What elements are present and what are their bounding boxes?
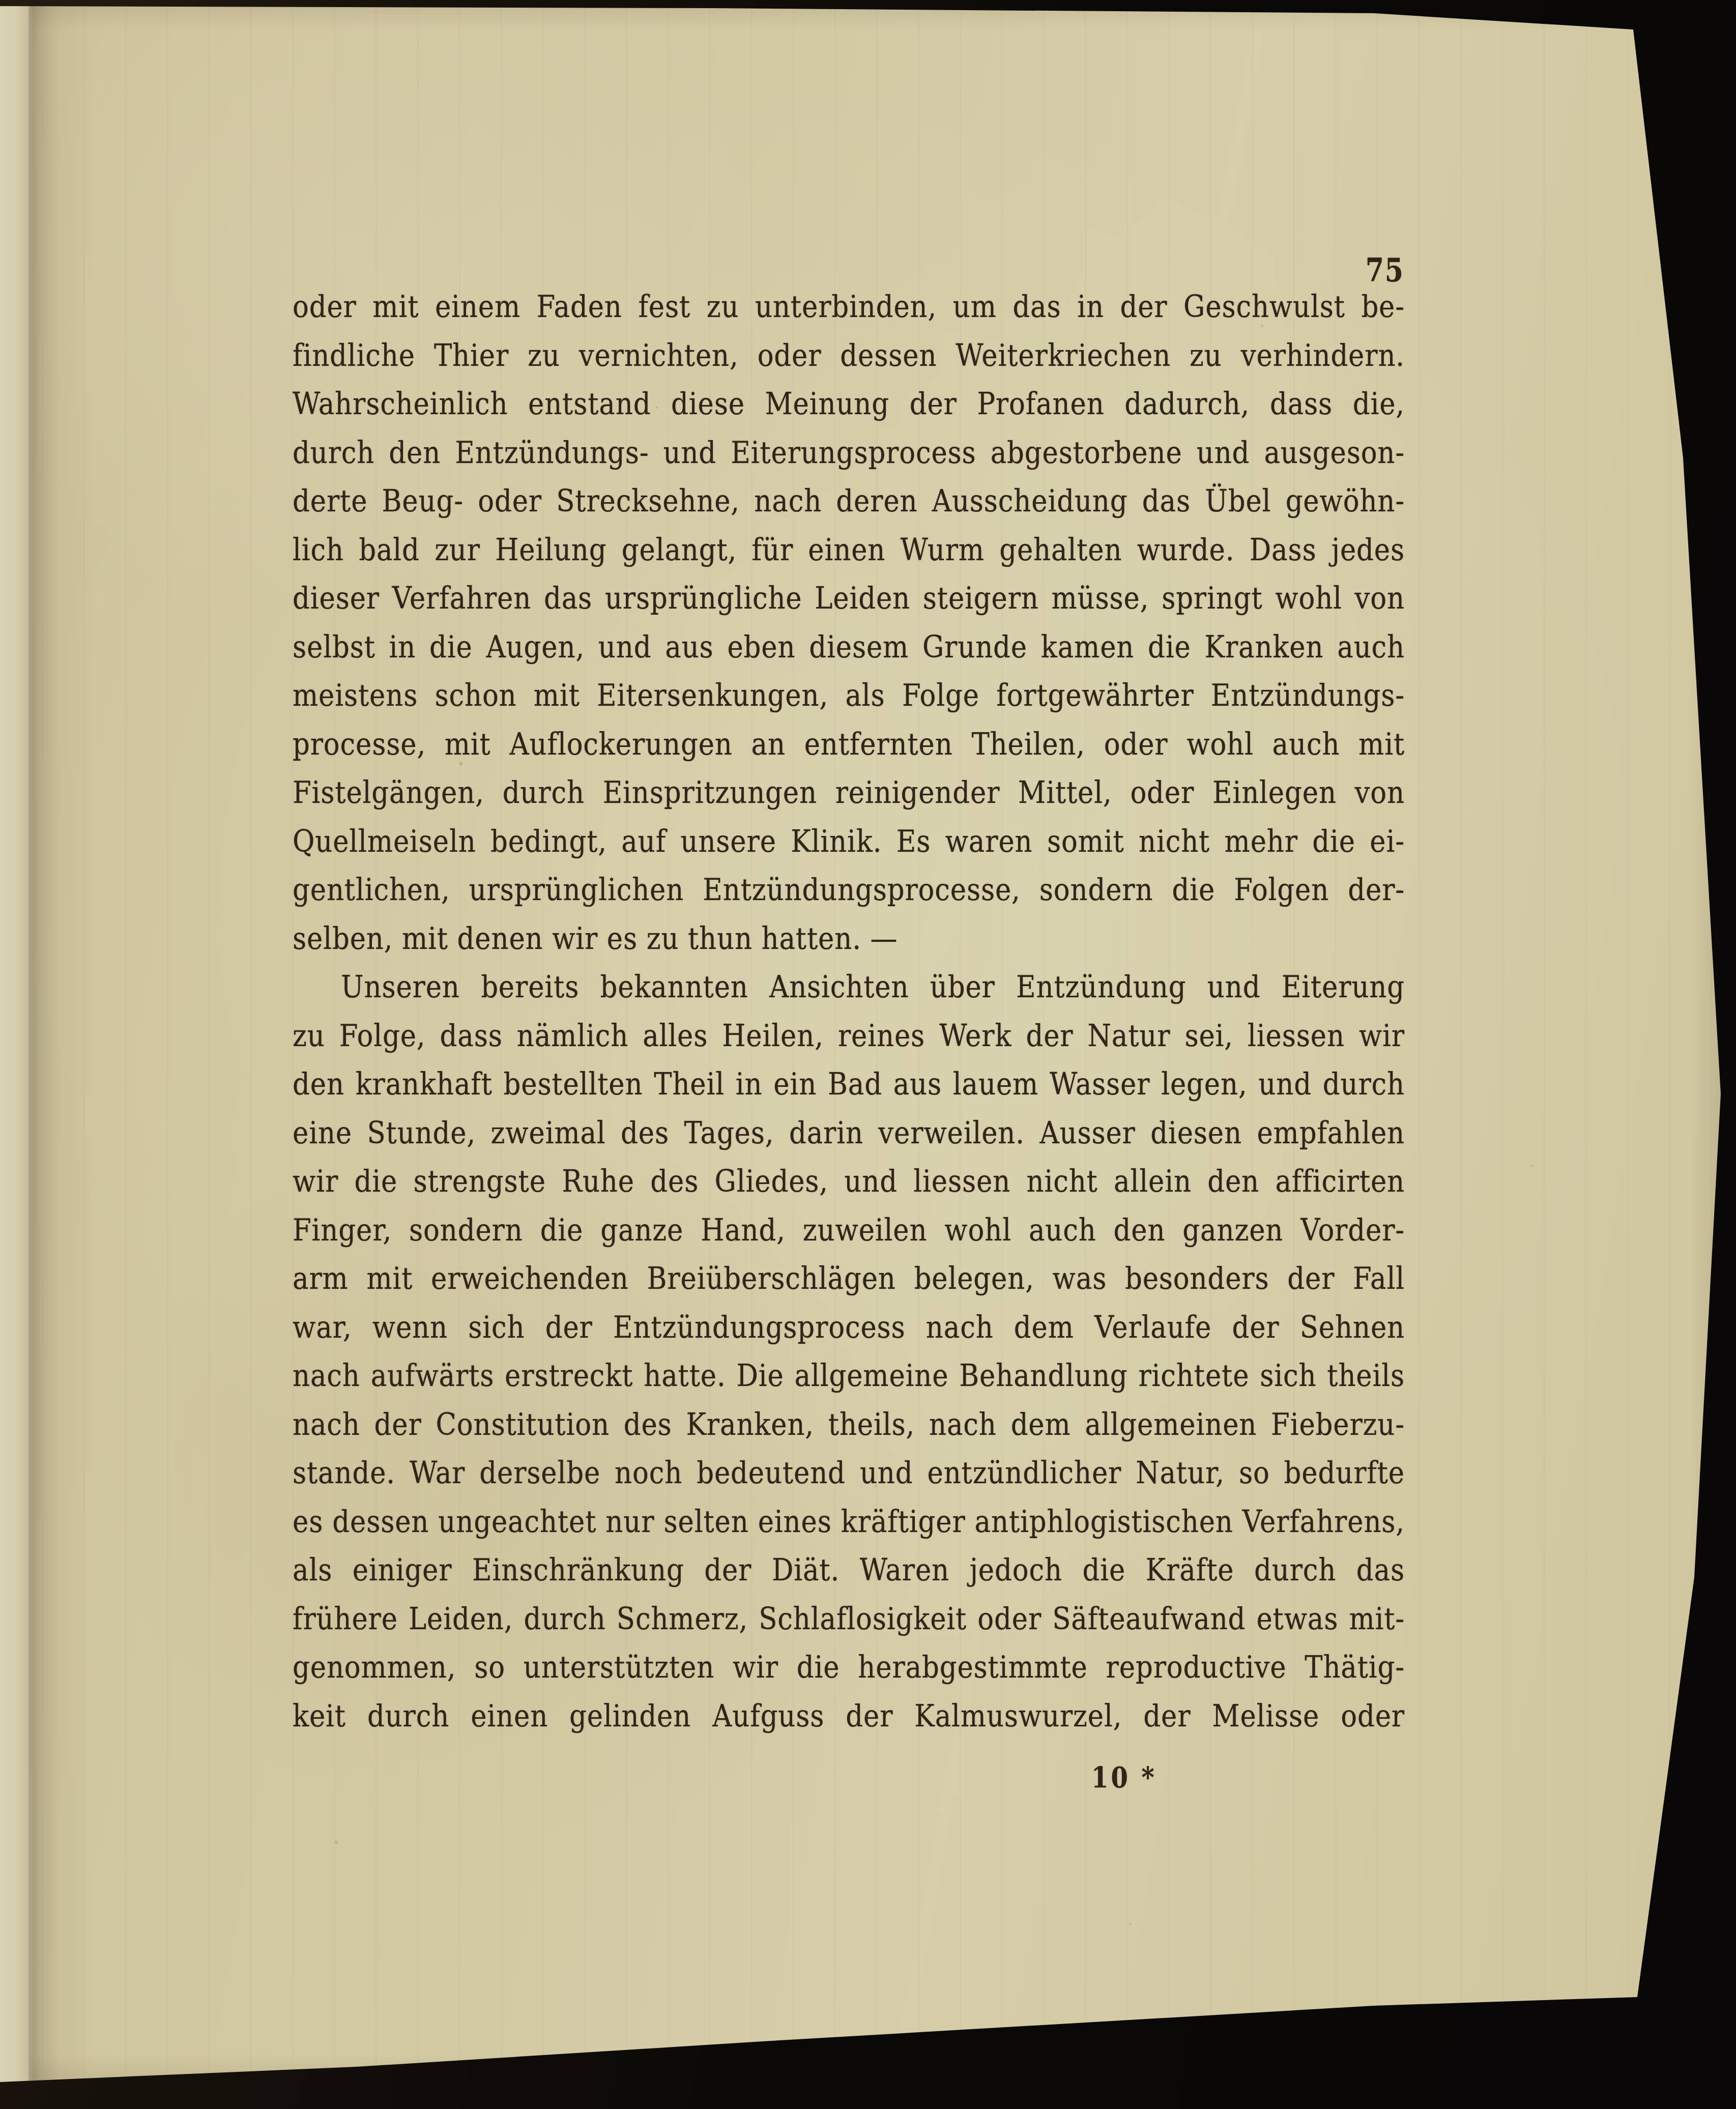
text-line: selbst in die Augen, und aus eben diesem… — [293, 620, 1405, 675]
text-line: als einiger Einschränkung der Diät. Ware… — [293, 1543, 1405, 1598]
text-line: selben, mit denen wir es zu thun hatten.… — [293, 912, 1405, 966]
text-line: war, wenn sich der Entzündungsprocess na… — [293, 1301, 1405, 1355]
text-line: es dessen ungeachtet nur selten eines kr… — [293, 1495, 1405, 1549]
text-line: eine Stunde, zweimal des Tages, darin ve… — [293, 1106, 1405, 1161]
text-line: Quellmeiseln bedingt, auf unsere Klinik.… — [293, 815, 1405, 869]
text-block: oder mit einem Faden fest zu unterbinden… — [293, 283, 1405, 1741]
gutter-page-edge — [0, 0, 30, 2109]
gutter-crease-shadow — [28, 0, 95, 2109]
text-line: nach der Constitution des Kranken, theil… — [293, 1398, 1405, 1452]
text-line: den krankhaft bestellten Theil in ein Ba… — [293, 1057, 1405, 1112]
text-line: durch den Entzündungs- und Eiterungsproc… — [293, 426, 1405, 480]
text-line: processe, mit Auflockerungen an entfernt… — [293, 717, 1405, 772]
text-line: Wahrscheinlich entstand diese Meinung de… — [293, 377, 1405, 431]
text-line: genommen, so unterstützten wir die herab… — [293, 1640, 1405, 1695]
text-line: gentlichen, ursprünglichen Entzündungspr… — [293, 863, 1405, 917]
signature-mark: 10 * — [1091, 1761, 1157, 1794]
text-line: findliche Thier zu vernichten, oder dess… — [293, 329, 1405, 383]
text-line: lich bald zur Heilung gelangt, für einen… — [293, 523, 1405, 577]
book-page: 75 oder mit einem Faden fest zu unterbin… — [0, 0, 1736, 2109]
text-line: Unseren bereits bekannten Ansichten über… — [293, 960, 1405, 1015]
scanner-background: 75 oder mit einem Faden fest zu unterbin… — [0, 0, 1736, 2109]
text-line: zu Folge, dass nämlich alles Heilen, rei… — [293, 1009, 1405, 1063]
text-line: derte Beug- oder Strecksehne, nach deren… — [293, 474, 1405, 529]
text-line: meistens schon mit Eitersenkungen, als F… — [293, 669, 1405, 723]
text-line: dieser Verfahren das ursprüngliche Leide… — [293, 571, 1405, 626]
text-line: Fistelgängen, durch Einspritzungen reini… — [293, 766, 1405, 820]
text-line: keit durch einen gelinden Aufguss der Ka… — [293, 1689, 1405, 1744]
book-scan: { "page": { "number": "75", "signature":… — [0, 0, 1736, 2109]
text-line: oder mit einem Faden fest zu unterbinden… — [293, 280, 1405, 334]
text-line: frühere Leiden, durch Schmerz, Schlaflos… — [293, 1592, 1405, 1646]
text-line: nach aufwärts erstreckt hatte. Die allge… — [293, 1349, 1405, 1403]
text-line: stande. War derselbe noch bedeutend und … — [293, 1446, 1405, 1500]
text-line: arm mit erweichenden Breiüberschlägen be… — [293, 1252, 1405, 1306]
paper-flecks — [0, 0, 1, 1]
text-line: Finger, sondern die ganze Hand, zuweilen… — [293, 1203, 1405, 1258]
text-line: wir die strengste Ruhe des Gliedes, und … — [293, 1154, 1405, 1209]
